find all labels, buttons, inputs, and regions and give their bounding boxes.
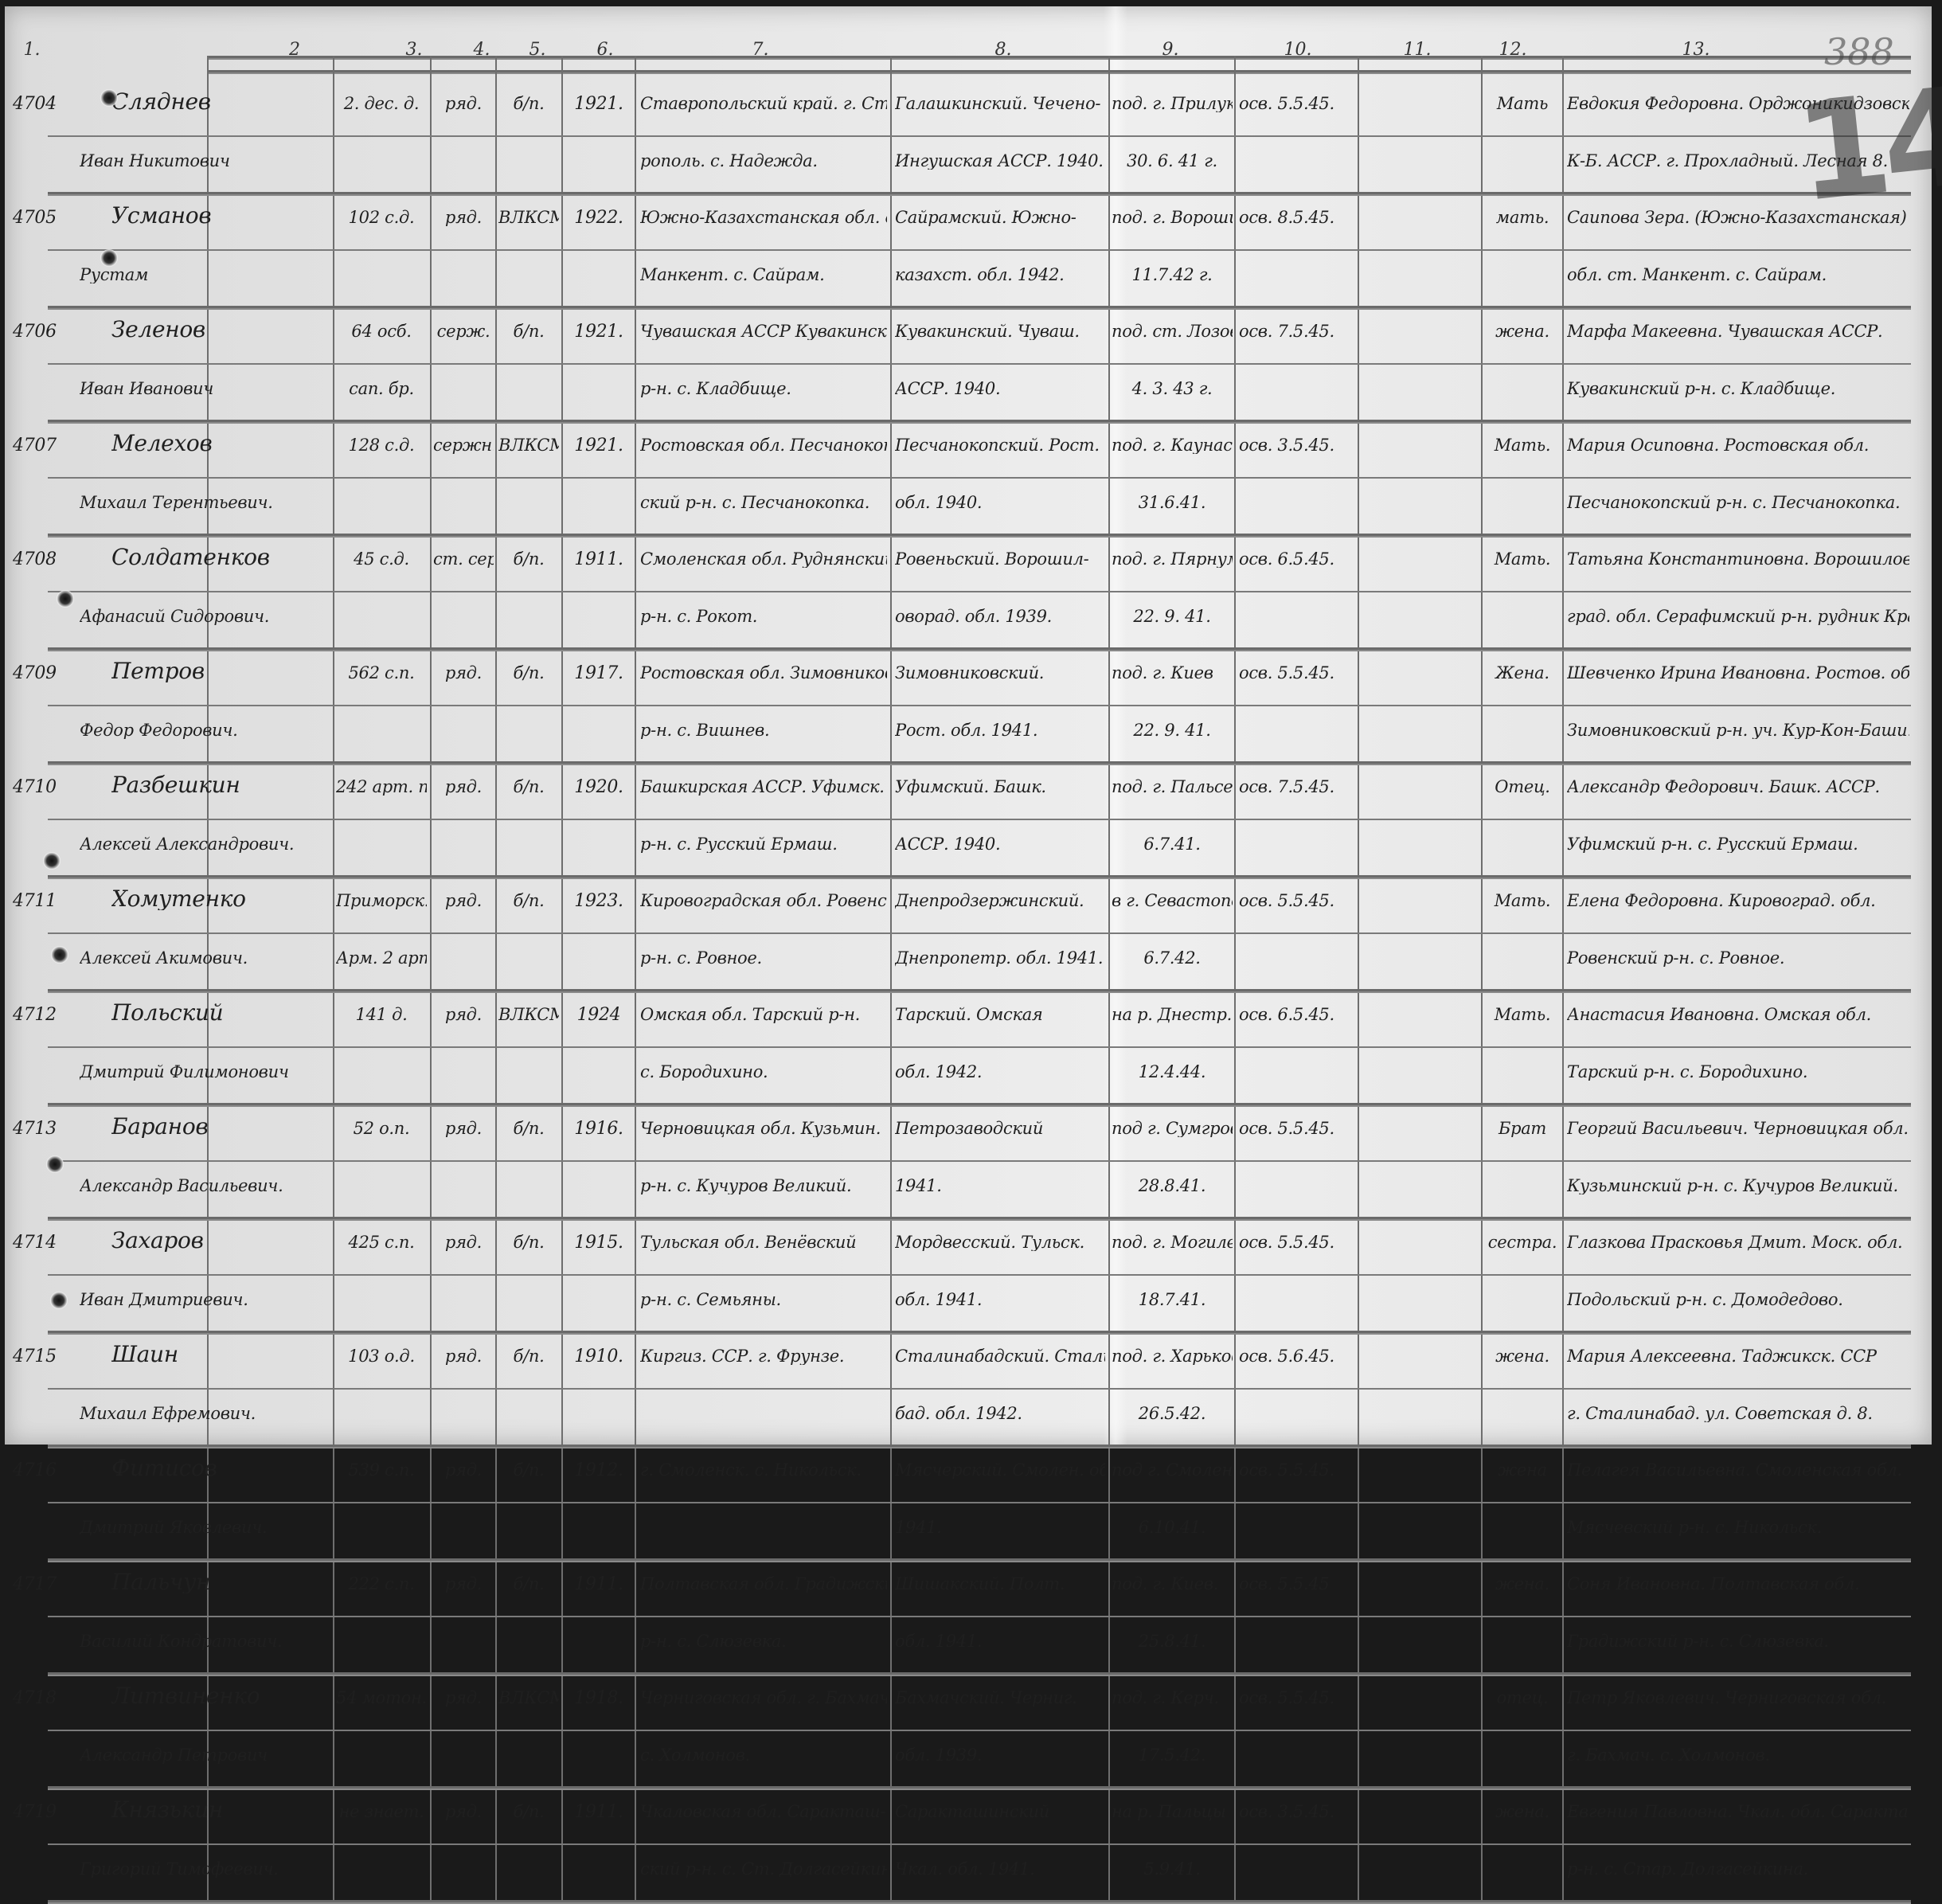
draft-office-line-1: Галашкинский. Чечено- <box>895 96 1105 112</box>
half-row-rule <box>48 932 1911 934</box>
rank: ряд. <box>433 1120 494 1137</box>
birthplace-line-2: р-н. с. Кучуров Великий. <box>640 1178 887 1194</box>
next-of-kin-line-2: град. обл. Серафимский р-н. рудник Красн… <box>1567 608 1909 625</box>
birthplace-line-1: Башкирская АССР. Уфимск. <box>640 779 887 796</box>
given-name-patronymic: Михаил Ефремович. <box>80 1406 318 1422</box>
punch-hole <box>51 946 68 964</box>
next-of-kin-relation: Жена. <box>1484 665 1561 682</box>
birth-year: 1924 <box>565 1007 633 1024</box>
given-name-patronymic: Дмитрий Филимонович <box>80 1064 318 1081</box>
capture-date: 18.7.41. <box>1112 1292 1233 1308</box>
rank: ряд. <box>433 96 494 112</box>
birthplace-line-1: Ставропольский край. г. Став- <box>640 96 887 112</box>
party-membership: ВЛКСМ <box>498 1007 559 1023</box>
liberation-date: осв. 5.5.45. <box>1239 96 1357 112</box>
draft-office-line-1: Тарский. Омская <box>895 1007 1105 1023</box>
birth-year: 1911. <box>565 551 633 569</box>
next-of-kin-relation: мать. <box>1484 209 1561 226</box>
record-number: 4707 <box>13 437 61 455</box>
surname: Баранов <box>111 1116 318 1138</box>
record-rule <box>48 306 1911 310</box>
birthplace-line-2: р-н. с. Рокот. <box>640 608 887 625</box>
capture-date: 11.7.42 г. <box>1112 267 1233 283</box>
surname: Захаров <box>111 1230 318 1252</box>
liberation-date: осв. 5.6.45. <box>1239 1348 1357 1365</box>
next-of-kin-line-2: Зимовниковский р-н. уч. Кур-Кон-Баши. <box>1567 722 1909 739</box>
column-divider <box>561 56 563 1454</box>
birth-year: 1923. <box>565 893 633 910</box>
draft-office-line-2: казахст. обл. 1942. <box>895 267 1105 283</box>
column-divider <box>1562 56 1564 1454</box>
birth-year: 1916. <box>565 1120 633 1138</box>
military-unit: 562 с.п. <box>336 665 427 682</box>
party-membership: ВЛКСМ. <box>498 437 559 454</box>
birthplace-line-1: Чувашская АССР Кувакинский <box>640 323 887 340</box>
header-top-rule <box>207 56 1911 60</box>
birthplace-line-1: Смоленская обл. Руднянский <box>640 551 887 568</box>
birth-year: 1922. <box>565 209 633 227</box>
capture-date: 4. 3. 43 г. <box>1112 381 1233 397</box>
record-number: 4715 <box>13 1348 61 1366</box>
draft-office-line-2: Рост. обл. 1941. <box>895 722 1105 739</box>
record-rule <box>48 1445 1911 1449</box>
given-name-patronymic: Федор Федорович. <box>80 722 318 739</box>
half-row-rule <box>48 1388 1911 1390</box>
birthplace-line-2: р-н. с. Кладбище. <box>640 381 887 397</box>
capture-place: под г. Сумгровка. <box>1112 1120 1233 1137</box>
party-membership: б/п. <box>498 665 559 682</box>
next-of-kin-line-1: Елена Федоровна. Кировоград. обл. <box>1567 893 1909 909</box>
next-of-kin-relation: жена. <box>1484 1348 1561 1365</box>
capture-date: 26.5.42. <box>1112 1406 1233 1422</box>
rank: ряд. <box>433 893 494 909</box>
military-unit: 103 о.д. <box>336 1348 427 1365</box>
birthplace-line-2: ский р-н. с. Песчанокопка. <box>640 495 887 511</box>
column-divider <box>1358 56 1359 1454</box>
given-name-patronymic: Алексей Акимович. <box>80 950 318 967</box>
given-name-patronymic: Рустам <box>80 267 318 283</box>
half-row-rule <box>48 249 1911 251</box>
birthplace-line-1: Киргиз. ССР. г. Фрунзе. <box>640 1348 887 1365</box>
birth-year: 1920. <box>565 779 633 796</box>
next-of-kin-line-1: Анастасия Ивановна. Омская обл. <box>1567 1007 1909 1023</box>
birthplace-line-1: Омская обл. Тарский р-н. <box>640 1007 887 1023</box>
column-number-10: 10. <box>1284 40 1312 60</box>
rank: сержн. <box>433 437 494 454</box>
birthplace-line-2: с. Бородихино. <box>640 1064 887 1081</box>
capture-place: на р. Днестр. <box>1112 1007 1233 1023</box>
draft-office-line-1: Сайрамский. Южно- <box>895 209 1105 226</box>
next-of-kin-line-1: Шевченко Ирина Ивановна. Ростов. обл. <box>1567 665 1909 682</box>
party-membership: б/п. <box>498 1234 559 1251</box>
capture-place: под. г. Прилуки. <box>1112 96 1233 112</box>
next-of-kin-relation: Мать. <box>1484 551 1561 568</box>
next-of-kin-relation: сестра. <box>1484 1234 1561 1251</box>
record-number: 4704 <box>13 96 61 113</box>
record-rule <box>48 761 1911 765</box>
next-of-kin-line-1: Георгий Васильевич. Черновицкая обл. <box>1567 1120 1909 1137</box>
birthplace-line-2: рополь. с. Надежда. <box>640 153 887 170</box>
liberation-date: осв. 6.5.45. <box>1239 551 1357 568</box>
capture-date: 12.4.44. <box>1112 1064 1233 1081</box>
capture-date: 28.8.41. <box>1112 1178 1233 1194</box>
header-bottom-rule <box>207 70 1911 74</box>
rank: серж. <box>433 323 494 340</box>
capture-place: под. ст. Лозовая. <box>1112 323 1233 340</box>
half-row-rule <box>48 1160 1911 1162</box>
punch-hole <box>50 1292 68 1309</box>
birthplace-line-2: р-н. с. Ровное. <box>640 950 887 967</box>
capture-place: под. г. Пальсе. <box>1112 779 1233 796</box>
military-unit: 52 о.п. <box>336 1120 427 1137</box>
next-of-kin-relation: Мать. <box>1484 437 1561 454</box>
next-of-kin-relation: Мать. <box>1484 893 1561 909</box>
capture-place: под. г. Ворошиловград <box>1112 209 1233 226</box>
draft-office-line-2: бад. обл. 1942. <box>895 1406 1105 1422</box>
next-of-kin-relation: жена. <box>1484 323 1561 340</box>
given-name-patronymic: Иван Иванович <box>80 381 318 397</box>
surname: Петров <box>111 660 318 682</box>
draft-office-line-1: Уфимский. Башк. <box>895 779 1105 796</box>
next-of-kin-line-1: Александр Федорович. Башк. АССР. <box>1567 779 1909 796</box>
liberation-date: осв. 8.5.45. <box>1239 209 1357 226</box>
birthplace-line-2: Манкент. с. Сайрам. <box>640 267 887 283</box>
given-name-patronymic: Афанасий Сидорович. <box>80 608 318 625</box>
next-of-kin-line-1: Марфа Макеевна. Чувашская АССР. <box>1567 323 1909 340</box>
next-of-kin-relation: Мать <box>1484 96 1561 112</box>
birthplace-line-2: р-н. с. Семьяны. <box>640 1292 887 1308</box>
half-row-rule <box>48 819 1911 820</box>
record-rule <box>48 1103 1911 1107</box>
birth-year: 1917. <box>565 665 633 682</box>
draft-office-line-2: обл. 1940. <box>895 495 1105 511</box>
birth-year: 1910. <box>565 1348 633 1366</box>
rank: ряд. <box>433 1234 494 1251</box>
birthplace-line-1: Ростовская обл. Песчанокоп- <box>640 437 887 454</box>
record-number: 4706 <box>13 323 61 341</box>
half-row-rule <box>48 135 1911 137</box>
military-unit: 128 с.д. <box>336 437 427 454</box>
record-number: 4712 <box>13 1007 61 1024</box>
next-of-kin-relation: Отец. <box>1484 779 1561 796</box>
record-number: 4711 <box>13 893 61 910</box>
military-unit: 2. дес. д. <box>336 96 427 112</box>
column-divider <box>635 56 636 1454</box>
draft-office-line-1: Песчанокопский. Рост. <box>895 437 1105 454</box>
next-of-kin-line-2: Подольский р-н. с. Домодедово. <box>1567 1292 1909 1308</box>
column-number-6: 6. <box>597 40 614 60</box>
party-membership: б/п. <box>498 551 559 568</box>
draft-office-line-1: Сталинабадский. Стали- <box>895 1348 1105 1365</box>
draft-office-line-2: 1941. <box>895 1178 1105 1194</box>
next-of-kin-line-2: Тарский р-н. с. Бородихино. <box>1567 1064 1909 1081</box>
given-name-patronymic: Алексей Александрович. <box>80 836 318 853</box>
half-row-rule <box>48 1274 1911 1276</box>
capture-date: 6.7.42. <box>1112 950 1233 967</box>
draft-office-line-2: Ингушская АССР. 1940. <box>895 153 1105 170</box>
punch-hole <box>100 249 118 267</box>
military-unit: 102 с.д. <box>336 209 427 226</box>
column-number-7: 7. <box>752 40 769 60</box>
birthplace-line-1: Кировоградская обл. Ровенский <box>640 893 887 909</box>
surname: Зеленов <box>111 319 318 341</box>
rank: ряд. <box>433 665 494 682</box>
surname: Хомутенко <box>111 888 318 910</box>
punch-hole <box>57 590 74 608</box>
record-number: 4708 <box>13 551 61 569</box>
half-row-rule <box>48 477 1911 479</box>
liberation-date: осв. 7.5.45. <box>1239 779 1357 796</box>
draft-office-line-1: Днепродзержинский. <box>895 893 1105 909</box>
next-of-kin-line-2: Кувакинский р-н. с. Кладбище. <box>1567 381 1909 397</box>
military-unit: 242 арт. п. <box>336 779 427 796</box>
next-of-kin-line-1: Глазкова Прасковья Дмит. Моск. обл. <box>1567 1234 1909 1251</box>
birthplace-line-2: р-н. с. Русский Ермаш. <box>640 836 887 853</box>
draft-office-line-2: АССР. 1940. <box>895 836 1105 853</box>
document-page: 1.23.4.5.6.7.8.9.10.11.12.13. 4704Слядне… <box>5 6 1932 1445</box>
column-number-8: 8. <box>995 40 1012 60</box>
record-rule <box>48 875 1911 879</box>
record-rule <box>48 534 1911 538</box>
pencil-annotation: 145 <box>1789 49 1942 233</box>
birthplace-line-1: Черновицкая обл. Кузьмин. <box>640 1120 887 1137</box>
birth-year: 1921. <box>565 323 633 341</box>
record-number: 4713 <box>13 1120 61 1138</box>
draft-office-line-1: Петрозаводский <box>895 1120 1105 1137</box>
birth-year: 1921. <box>565 96 633 113</box>
half-row-rule <box>48 591 1911 592</box>
draft-office-line-2: Днепропетр. обл. 1941. <box>895 950 1105 967</box>
draft-office-line-1: Мордвесский. Тульск. <box>895 1234 1105 1251</box>
surname: Сляднев <box>111 91 318 113</box>
next-of-kin-relation: Брат <box>1484 1120 1561 1137</box>
column-number-1: 1. <box>24 40 41 60</box>
capture-place: под. г. Каунас. <box>1112 437 1233 454</box>
next-of-kin-line-2: Песчанокопский р-н. с. Песчанокопка. <box>1567 495 1909 511</box>
party-membership: б/п. <box>498 96 559 112</box>
military-unit: 64 осб. <box>336 323 427 340</box>
record-rule <box>48 1331 1911 1335</box>
column-divider <box>1234 56 1236 1454</box>
birthplace-line-1: Ростовская обл. Зимовниковский <box>640 665 887 682</box>
column-divider <box>430 56 432 1454</box>
record-rule <box>48 192 1911 196</box>
party-membership: б/п. <box>498 323 559 340</box>
column-number-3: 3. <box>406 40 423 60</box>
column-divider <box>333 56 334 1454</box>
rank: ст. серж. <box>433 551 494 568</box>
half-row-rule <box>48 363 1911 365</box>
draft-office-line-2: АССР. 1940. <box>895 381 1105 397</box>
record-rule <box>48 647 1911 651</box>
draft-office-line-1: Зимовниковский. <box>895 665 1105 682</box>
record-number: 4705 <box>13 209 61 227</box>
liberation-date: осв. 5.5.45. <box>1239 665 1357 682</box>
capture-date: 31.6.41. <box>1112 495 1233 511</box>
given-name-patronymic: Александр Васильевич. <box>80 1178 318 1194</box>
punch-hole <box>43 852 61 870</box>
liberation-date: осв. 3.5.45. <box>1239 437 1357 454</box>
column-divider <box>1481 56 1483 1454</box>
half-row-rule <box>48 705 1911 706</box>
military-unit: 425 с.п. <box>336 1234 427 1251</box>
surname: Мелехов <box>111 432 318 455</box>
military-unit: Приморск. <box>336 893 427 909</box>
record-rule <box>48 1217 1911 1221</box>
record-rule <box>48 989 1911 993</box>
party-membership: ВЛКСМ. <box>498 209 559 226</box>
birth-year: 1915. <box>565 1234 633 1252</box>
birthplace-line-1: Южно-Казахстанская обл. ст. <box>640 209 887 226</box>
capture-place: под. г. Могилев. <box>1112 1234 1233 1251</box>
column-number-4: 4. <box>474 40 490 60</box>
party-membership: б/п. <box>498 1120 559 1137</box>
surname: Солдатенков <box>111 546 318 569</box>
next-of-kin-line-1: Мария Осиповна. Ростовская обл. <box>1567 437 1909 454</box>
surname: Шаин <box>111 1343 318 1366</box>
record-number: 4714 <box>13 1234 61 1252</box>
capture-date: 22. 9. 41. <box>1112 722 1233 739</box>
party-membership: б/п. <box>498 1348 559 1365</box>
next-of-kin-line-2: Уфимский р-н. с. Русский Ермаш. <box>1567 836 1909 853</box>
draft-office-line-2: обл. 1942. <box>895 1064 1105 1081</box>
given-name-patronymic: Иван Дмитриевич. <box>80 1292 318 1308</box>
column-number-11: 11. <box>1404 40 1432 60</box>
draft-office-line-2: обл. 1941. <box>895 1292 1105 1308</box>
column-number-9: 9. <box>1162 40 1179 60</box>
military-unit-cont: Арм. 2 арт. див. <box>336 950 427 967</box>
surname: Польский <box>111 1002 318 1024</box>
liberation-date: осв. 6.5.45. <box>1239 1007 1357 1023</box>
next-of-kin-line-1: Татьяна Константиновна. Ворошилов- <box>1567 551 1909 568</box>
birth-year: 1921. <box>565 437 633 455</box>
capture-date: 30. 6. 41 г. <box>1112 153 1233 170</box>
liberation-date: осв. 7.5.45. <box>1239 323 1357 340</box>
punch-hole <box>100 89 118 107</box>
rank: ряд. <box>433 209 494 226</box>
column-number-12: 12. <box>1499 40 1527 60</box>
party-membership: б/п. <box>498 779 559 796</box>
rank: ряд. <box>433 1348 494 1365</box>
next-of-kin-line-2: г. Сталинабад. ул. Советская д. 8. <box>1567 1406 1909 1422</box>
liberation-date: осв. 5.5.45. <box>1239 1120 1357 1137</box>
military-unit-cont: сап. бр. <box>336 381 427 397</box>
draft-office-line-1: Кувакинский. Чуваш. <box>895 323 1105 340</box>
birthplace-line-1: Тульская обл. Венёвский <box>640 1234 887 1251</box>
draft-office-line-1: Ровеньский. Ворошил- <box>895 551 1105 568</box>
birthplace-line-2: р-н. с. Вишнев. <box>640 722 887 739</box>
next-of-kin-line-2: обл. ст. Манкент. с. Сайрам. <box>1567 267 1909 283</box>
party-membership: б/п. <box>498 893 559 909</box>
column-number-2: 2 <box>289 40 300 60</box>
capture-date: 22. 9. 41. <box>1112 608 1233 625</box>
liberation-date: осв. 5.5.45. <box>1239 1234 1357 1251</box>
surname: Разбешкин <box>111 774 318 796</box>
column-number-5: 5. <box>529 40 546 60</box>
column-divider <box>890 56 892 1454</box>
capture-place: под. г. Киев <box>1112 665 1233 682</box>
next-of-kin-line-2: Ровенский р-н. с. Ровное. <box>1567 950 1909 967</box>
capture-place: в г. Севастополь <box>1112 893 1233 909</box>
record-number: 4709 <box>13 665 61 682</box>
column-divider <box>1108 56 1110 1454</box>
half-row-rule <box>48 1046 1911 1048</box>
capture-place: под. г. Пярнум. <box>1112 551 1233 568</box>
rank: ряд. <box>433 1007 494 1023</box>
rank: ряд. <box>433 779 494 796</box>
next-of-kin-line-1: Мария Алексеевна. Таджикск. ССР <box>1567 1348 1909 1365</box>
punch-hole <box>46 1155 64 1173</box>
draft-office-line-2: оворад. обл. 1939. <box>895 608 1105 625</box>
given-name-patronymic: Иван Никитович <box>80 153 318 170</box>
given-name-patronymic: Михаил Терентьевич. <box>80 495 318 511</box>
surname: Усманов <box>111 205 318 227</box>
column-divider <box>495 56 497 1454</box>
military-unit: 45 с.д. <box>336 551 427 568</box>
record-number: 4710 <box>13 779 61 796</box>
record-rule <box>48 420 1911 424</box>
next-of-kin-line-2: Кузьминский р-н. с. Кучуров Великий. <box>1567 1178 1909 1194</box>
military-unit: 141 д. <box>336 1007 427 1023</box>
capture-date: 6.7.41. <box>1112 836 1233 853</box>
liberation-date: осв. 5.5.45. <box>1239 893 1357 909</box>
column-number-13: 13. <box>1682 40 1710 60</box>
capture-place: под. г. Харьков. <box>1112 1348 1233 1365</box>
next-of-kin-relation: Мать. <box>1484 1007 1561 1023</box>
